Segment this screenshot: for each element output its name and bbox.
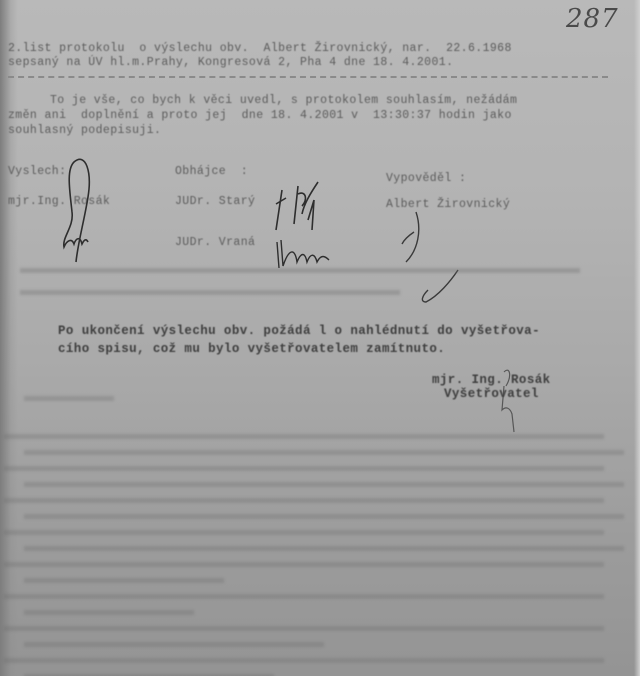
document-page: 287 2.list protokolu o výslechu obv. Alb… (0, 0, 640, 676)
bleed-through-line (24, 578, 224, 583)
bleed-through-line (4, 530, 604, 535)
bleed-through-line (24, 514, 624, 519)
statement-line-1: To je vše, co bych k věci uvedl, s proto… (50, 94, 517, 107)
bleed-through-line (24, 450, 624, 455)
bleed-through-line (24, 610, 194, 615)
statement-line-3: souhlasný podepisuji. (8, 124, 161, 137)
defender-role: Obhájce : (175, 165, 248, 178)
bleed-through-line (4, 658, 604, 663)
page-left-shadow (0, 0, 18, 676)
header-line-2: sepsaný na ÚV hl.m.Prahy, Kongresová 2, … (8, 56, 453, 69)
bleed-through-line (4, 434, 604, 439)
note-line-1: Po ukončení výslechu obv. požádá l o nah… (58, 324, 540, 338)
bleed-through-line (20, 268, 580, 273)
signature-interrogator (52, 152, 102, 282)
header-line-1: 2.list protokolu o výslechu obv. Albert … (8, 42, 512, 55)
bleed-through-line (4, 466, 604, 471)
defender-name-1: JUDr. Starý (175, 195, 255, 208)
bleed-through-line (4, 626, 604, 631)
note-line-2: cího spisu, což mu bylo vyšetřovatelem z… (58, 342, 445, 356)
bleed-through-line (4, 562, 604, 567)
bleed-through-line (24, 482, 624, 487)
bleed-through-line (24, 642, 324, 647)
bleed-through-line (24, 396, 114, 401)
header-divider (8, 76, 608, 78)
statement-line-2: změn ani doplnění a proto jej dne 18. 4.… (8, 109, 512, 122)
signature-witness (398, 210, 468, 310)
bleed-through-line (4, 498, 604, 503)
witness-role: Vypověděl : (386, 172, 466, 185)
defender-name-2: JUDr. Vraná (175, 236, 255, 249)
signature-closing (490, 366, 530, 436)
bleed-through-line (24, 546, 624, 551)
page-number: 287 (566, 4, 619, 34)
bleed-through-line (20, 290, 400, 295)
bleed-through-line (4, 594, 604, 599)
page-right-edge (634, 0, 640, 676)
